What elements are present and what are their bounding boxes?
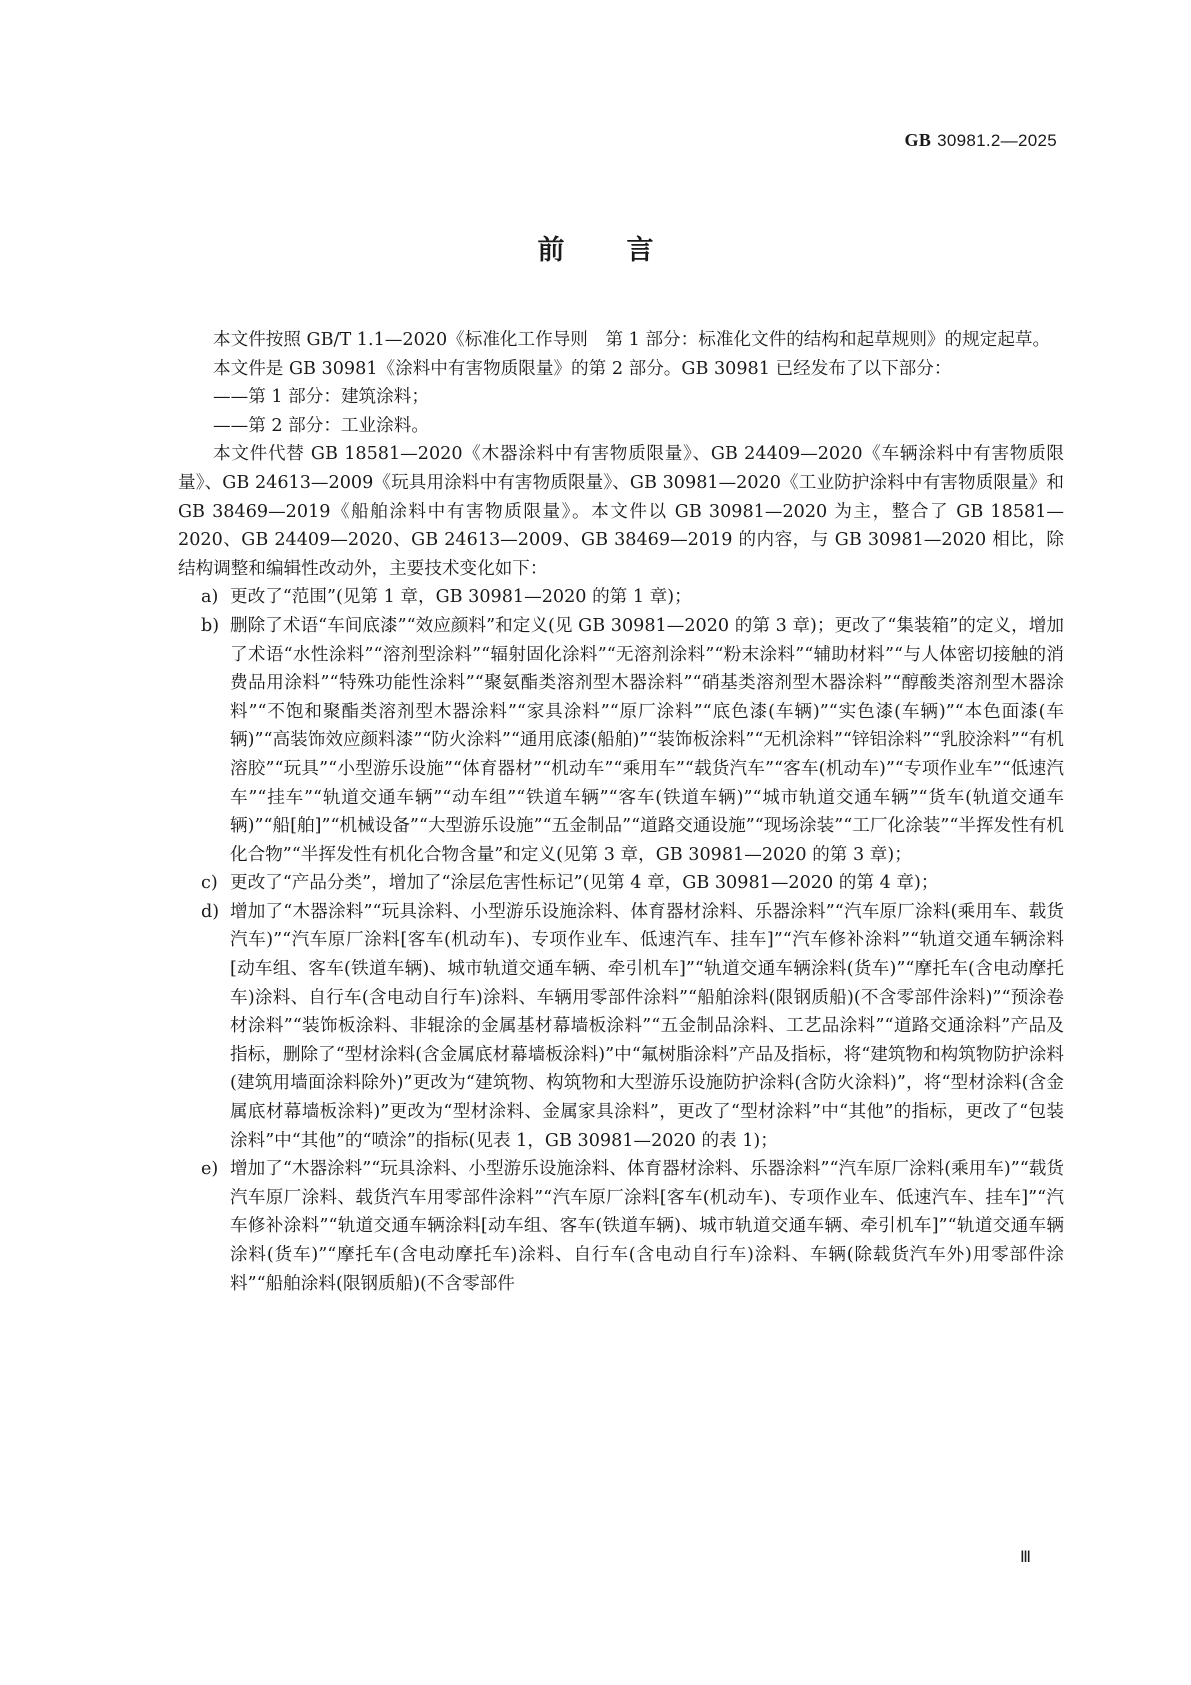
change-text: 增加了“木器涂料”“玩具涂料、小型游乐设施涂料、体育器材涂料、乐器涂料”“汽车原… bbox=[230, 902, 1064, 1151]
list-marker: b) bbox=[201, 612, 219, 641]
list-marker: d) bbox=[201, 898, 219, 927]
part-list-item-1: ——第 1 部分：建筑涂料； bbox=[178, 383, 1064, 412]
change-item-e: e)增加了“木器涂料”“玩具涂料、小型游乐设施涂料、体育器材涂料、乐器涂料”“汽… bbox=[178, 1155, 1064, 1298]
change-text: 更改了“范围”(见第 1 章，GB 30981—2020 的第 1 章)； bbox=[230, 587, 692, 607]
part-list-item-2: ——第 2 部分：工业涂料。 bbox=[178, 412, 1064, 441]
list-marker: c) bbox=[201, 869, 218, 898]
paragraph-replacement: 本文件代替 GB 18581—2020《木器涂料中有害物质限量》、GB 2440… bbox=[178, 440, 1064, 583]
list-marker: e) bbox=[201, 1155, 218, 1184]
page-title: 前言 bbox=[0, 228, 1191, 267]
change-text: 增加了“木器涂料”“玩具涂料、小型游乐设施涂料、体育器材涂料、乐器涂料”“汽车原… bbox=[230, 1159, 1064, 1293]
paragraph-drafting-rules: 本文件按照 GB/T 1.1—2020《标准化工作导则 第 1 部分：标准化文件… bbox=[178, 326, 1064, 355]
paragraph-series-intro: 本文件是 GB 30981《涂料中有害物质限量》的第 2 部分。GB 30981… bbox=[178, 355, 1064, 384]
change-item-a: a)更改了“范围”(见第 1 章，GB 30981—2020 的第 1 章)； bbox=[178, 583, 1064, 612]
foreword-body: 本文件按照 GB/T 1.1—2020《标准化工作导则 第 1 部分：标准化文件… bbox=[178, 326, 1064, 1298]
change-text: 更改了“产品分类”，增加了“涂层危害性标记”(见第 4 章，GB 30981—2… bbox=[230, 873, 938, 893]
standard-code-header: GB30981.2—2025 bbox=[905, 130, 1057, 151]
standard-number: 30981.2—2025 bbox=[937, 131, 1057, 150]
change-item-c: c)更改了“产品分类”，增加了“涂层危害性标记”(见第 4 章，GB 30981… bbox=[178, 869, 1064, 898]
change-item-b: b)删除了术语“车间底漆”“效应颜料”和定义(见 GB 30981—2020 的… bbox=[178, 612, 1064, 869]
document-page: GB30981.2—2025 前言 本文件按照 GB/T 1.1—2020《标准… bbox=[0, 0, 1191, 1685]
standard-prefix: GB bbox=[905, 130, 932, 150]
page-number: Ⅲ bbox=[1020, 1547, 1031, 1567]
list-marker: a) bbox=[201, 583, 218, 612]
change-item-d: d)增加了“木器涂料”“玩具涂料、小型游乐设施涂料、体育器材涂料、乐器涂料”“汽… bbox=[178, 898, 1064, 1155]
change-text: 删除了术语“车间底漆”“效应颜料”和定义(见 GB 30981—2020 的第 … bbox=[230, 616, 1064, 865]
